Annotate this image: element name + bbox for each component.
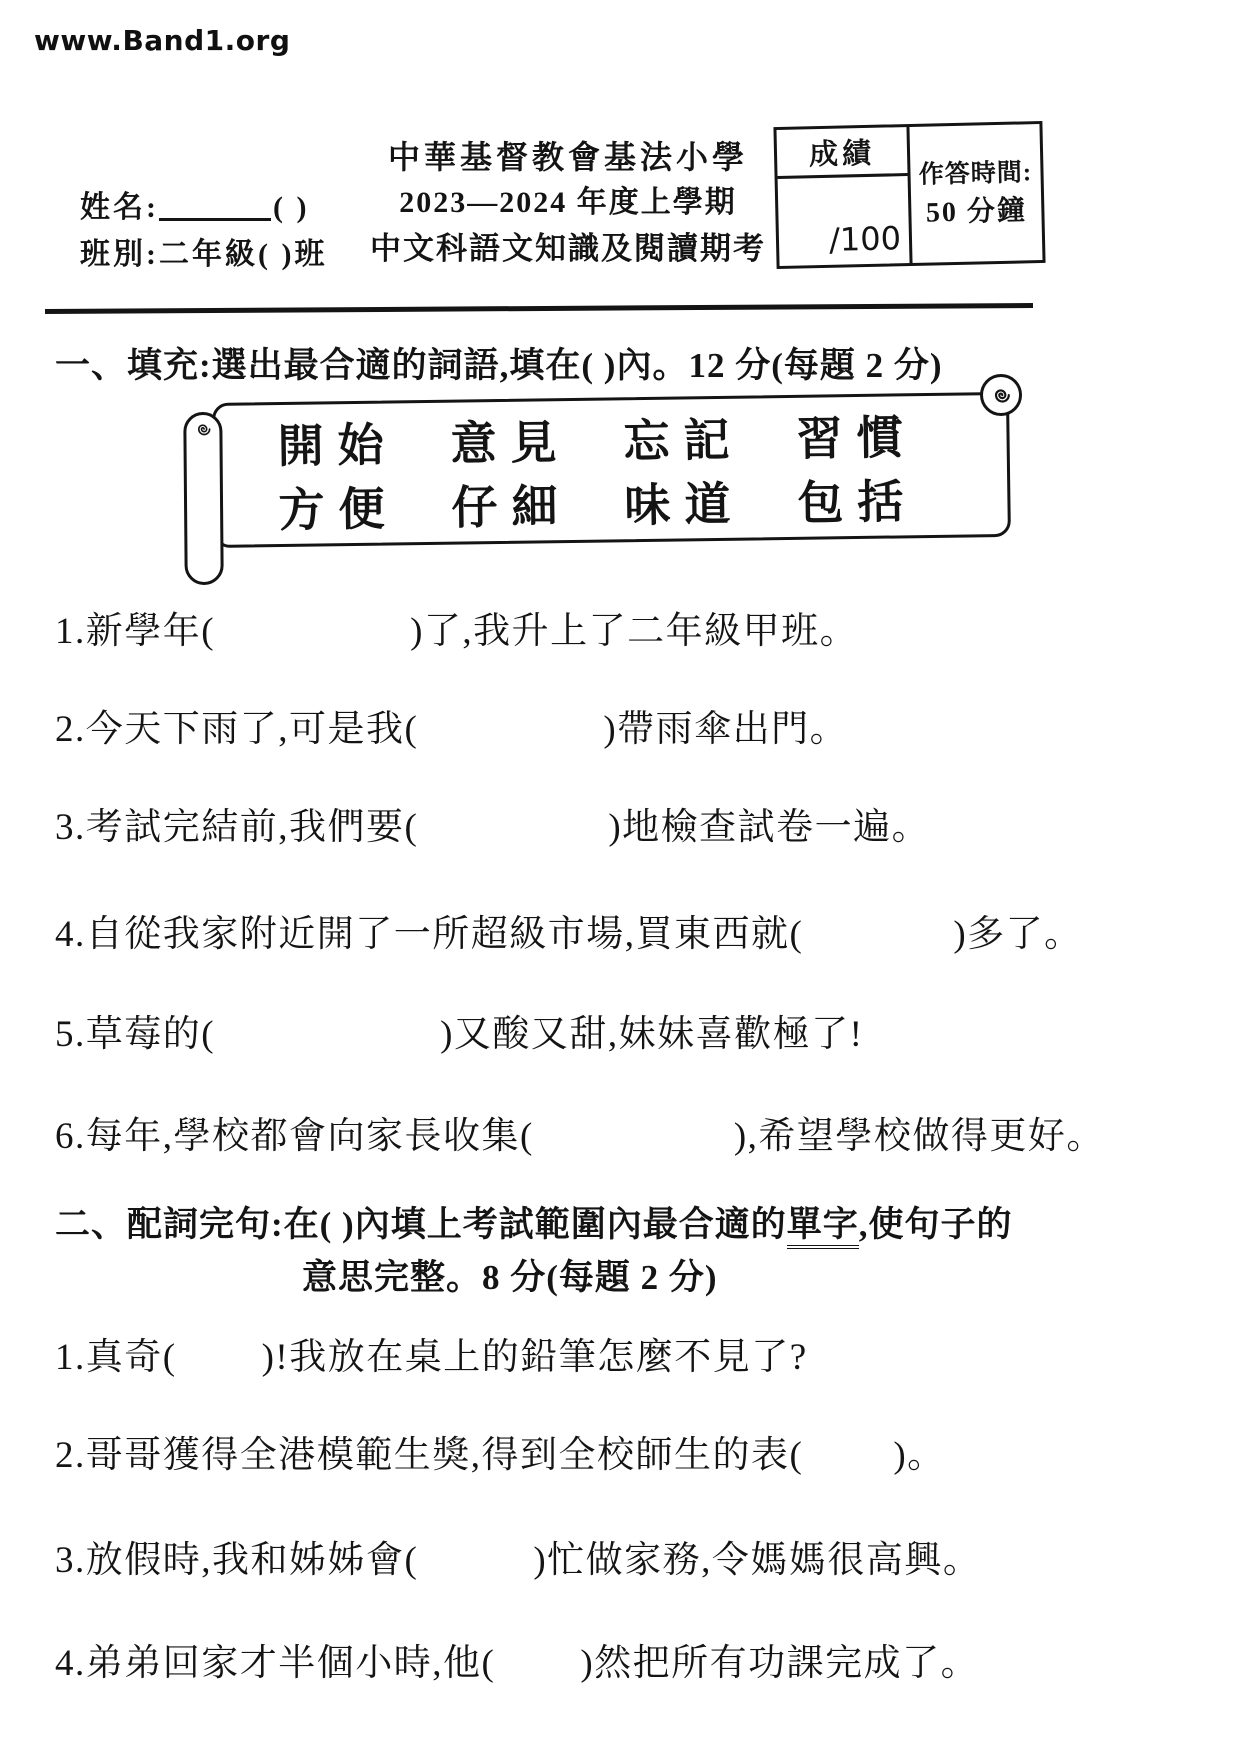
header-divider-rule xyxy=(45,303,1033,314)
heading-text: ,使句子的 xyxy=(859,1205,1013,1244)
word-bank-word: 仔細 xyxy=(451,470,572,538)
time-label: 作答時間: xyxy=(918,154,1032,195)
question-row: 2.今天下雨了,可是我()帶雨傘出門。 xyxy=(55,698,848,752)
answer-blank xyxy=(534,1147,734,1148)
answer-blank xyxy=(418,838,608,839)
answer-blank xyxy=(177,1368,262,1369)
answer-blank xyxy=(215,1045,440,1046)
question-row: 3.放假時,我和姊姊會()忙做家務,令媽媽很高興。 xyxy=(55,1529,981,1583)
word-bank-row: 開始 意見 忘記 習慣 xyxy=(277,402,917,475)
time-value: 50 分鐘 xyxy=(925,192,1027,232)
word-bank-word: 開始 xyxy=(277,408,398,476)
site-watermark: www.Band1.org xyxy=(34,24,290,57)
class-label: 班別:二年級( )班 xyxy=(80,238,327,271)
question-row: 4.弟弟回家才半個小時,他()然把所有功課完成了。 xyxy=(55,1632,979,1686)
question-row: 1.真奇()!我放在桌上的鉛筆怎麼不見了? xyxy=(55,1326,808,1380)
school-name: 中華基督教會基法小學 xyxy=(348,134,788,180)
exam-header-block: 中華基督教會基法小學 2023—2024 年度上學期 中文科語文知識及閱讀期考 xyxy=(348,134,788,272)
question-post: )地檢查試卷一遍。 xyxy=(608,807,930,848)
name-label: 姓名: xyxy=(80,191,159,224)
question-row: 3.考試完結前,我們要()地檢查試卷一遍。 xyxy=(55,796,930,850)
question-post: )多了。 xyxy=(953,914,1082,955)
question-post: )了,我升上了二年級甲班。 xyxy=(410,611,858,652)
question-pre: 4.弟弟回家才半個小時,他( xyxy=(55,1643,495,1684)
word-bank-word: 意見 xyxy=(450,406,571,474)
scroll-spiral-icon xyxy=(192,418,214,440)
time-cell: 作答時間: 50 分鐘 xyxy=(906,124,1042,263)
answer-blank xyxy=(418,1571,533,1572)
score-cell: 成績 /100 xyxy=(776,127,909,266)
question-row: 4.自從我家附近開了一所超級市場,買東西就()多了。 xyxy=(55,903,1083,957)
question-row: 6.每年,學校都會向家長收集(),希望學校做得更好。 xyxy=(55,1105,1105,1159)
section-two-heading-line2: 意思完整。8 分(每題 2 分) xyxy=(302,1250,718,1300)
question-post: ),希望學校做得更好。 xyxy=(734,1116,1105,1157)
question-row: 1.新學年()了,我升上了二年級甲班。 xyxy=(55,600,858,654)
heading-text: 二、配詞完句:在( )內填上考試範圍內最合適的 xyxy=(55,1205,787,1244)
name-paren: ( ) xyxy=(273,191,309,224)
answer-blank xyxy=(803,1466,893,1467)
question-pre: 3.放假時,我和姊姊會( xyxy=(55,1540,418,1581)
word-bank-word: 習慣 xyxy=(796,401,917,469)
class-row: 班別:二年級( )班 xyxy=(80,229,327,276)
name-blank-underline xyxy=(159,188,271,221)
answer-blank xyxy=(803,945,953,946)
exam-paper-page: www.Band1.org 姓名:( ) 班別:二年級( )班 中華基督教會基法… xyxy=(0,0,1240,1754)
section-one-heading: 一、填充:選出最合適的詞語,填在( )內。12 分(每題 2 分) xyxy=(55,338,943,388)
question-post: )然把所有功課完成了。 xyxy=(580,1643,979,1684)
word-bank-word: 味道 xyxy=(624,467,745,535)
question-row: 5.草莓的()又酸又甜,妹妹喜歡極了! xyxy=(55,1003,863,1057)
word-bank-row: 方便 仔細 味道 包括 xyxy=(278,466,918,539)
question-post: )。 xyxy=(893,1435,945,1476)
word-bank-scroll-banner: 開始 意見 忘記 習慣 方便 仔細 味道 包括 xyxy=(212,392,1011,548)
section-two-heading-line1: 二、配詞完句:在( )內填上考試範圍內最合適的單字,使句子的 xyxy=(55,1197,1013,1247)
scroll-spiral-icon xyxy=(988,382,1014,408)
question-row: 2.哥哥獲得全港模範生獎,得到全校師生的表()。 xyxy=(55,1424,946,1478)
question-post: )帶雨傘出門。 xyxy=(603,709,848,750)
question-post: )忙做家務,令媽媽很高興。 xyxy=(533,1540,981,1581)
question-pre: 2.哥哥獲得全港模範生獎,得到全校師生的表( xyxy=(55,1435,803,1476)
word-bank-word: 方便 xyxy=(278,472,399,540)
question-post: )又酸又甜,妹妹喜歡極了! xyxy=(440,1014,863,1055)
word-bank-word: 忘記 xyxy=(623,403,744,471)
question-post: )!我放在桌上的鉛筆怎麼不見了? xyxy=(262,1337,808,1378)
question-pre: 1.真奇( xyxy=(55,1337,177,1378)
question-pre: 1.新學年( xyxy=(55,611,215,652)
underlined-term: 單字 xyxy=(787,1205,859,1249)
answer-blank xyxy=(495,1674,580,1675)
score-box: 成績 /100 作答時間: 50 分鐘 xyxy=(773,121,1045,269)
question-pre: 5.草莓的( xyxy=(55,1014,215,1055)
question-pre: 3.考試完結前,我們要( xyxy=(55,807,418,848)
name-row: 姓名:( ) xyxy=(80,182,327,229)
answer-blank xyxy=(215,642,410,643)
score-denominator: /100 xyxy=(778,176,910,266)
exam-title: 中文科語文知識及閱讀期考 xyxy=(348,226,788,272)
question-pre: 2.今天下雨了,可是我( xyxy=(55,709,418,750)
score-label: 成績 xyxy=(776,127,907,179)
question-pre: 4.自從我家附近開了一所超級市場,買東西就( xyxy=(55,914,803,955)
word-bank-word: 包括 xyxy=(797,465,918,533)
student-info-block: 姓名:( ) 班別:二年級( )班 xyxy=(80,182,327,276)
answer-blank xyxy=(418,740,603,741)
term-line: 2023—2024 年度上學期 xyxy=(348,180,788,226)
question-pre: 6.每年,學校都會向家長收集( xyxy=(55,1116,534,1157)
scroll-top-right-roller xyxy=(980,374,1022,416)
